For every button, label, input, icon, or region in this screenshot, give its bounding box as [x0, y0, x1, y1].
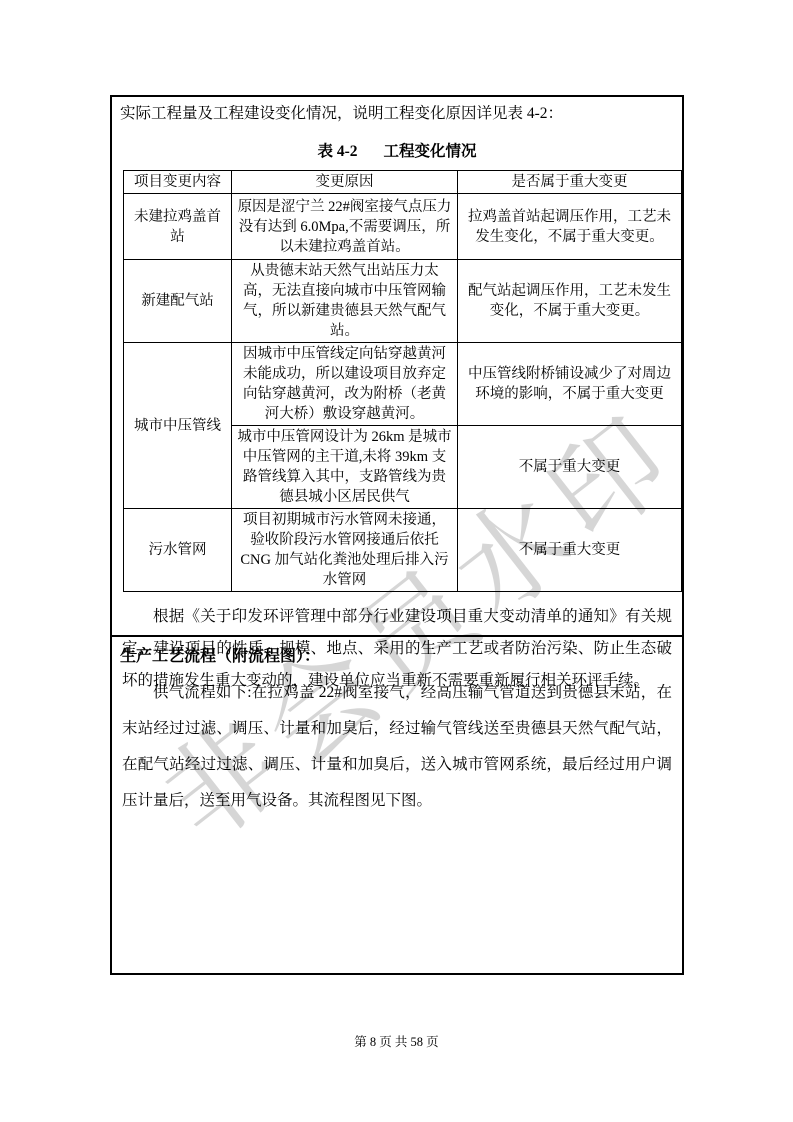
cell-reason: 因城市中压管线定向钻穿越黄河未能成功，所以建设项目放弃定向钻穿越黄河，改为附桥（…: [232, 343, 458, 426]
cell-reason: 原因是涩宁兰 22#阀室接气点压力没有达到 6.0Mpa,不需要调压，所以未建拉…: [232, 194, 458, 260]
process-paragraph: 供气流程如下:在拉鸡盖 22#阀室接气，经高压输气管道送到贵德县末站，在末站经过…: [122, 675, 672, 819]
cell-reason: 项目初期城市污水管网未接通，验收阶段污水管网接通后依托 CNG 加气站化粪池处理…: [232, 509, 458, 592]
cell-verdict: 拉鸡盖首站起调压作用，工艺未发生变化，不属于重大变更。: [458, 194, 682, 260]
header-major: 是否属于重大变更: [458, 171, 682, 194]
cell-item: 城市中压管线: [124, 343, 232, 509]
cell-verdict: 不属于重大变更: [458, 426, 682, 509]
intro-paragraph: 实际工程量及工程建设变化情况，说明工程变化原因详见表 4-2：: [120, 103, 674, 125]
cell-item: 未建拉鸡盖首站: [124, 194, 232, 260]
change-table: 项目变更内容 变更原因 是否属于重大变更 未建拉鸡盖首站 原因是涩宁兰 22#阀…: [123, 170, 682, 592]
cell-verdict: 配气站起调压作用，工艺未发生变化，不属于重大变更。: [458, 260, 682, 343]
cell-item: 污水管网: [124, 509, 232, 592]
table-caption: 表 4-2工程变化情况: [120, 139, 674, 161]
document-page: 非会员水印 实际工程量及工程建设变化情况，说明工程变化原因详见表 4-2： 表 …: [0, 0, 793, 1122]
table-row: 新建配气站 从贵德末站天然气出站压力太高，无法直接向城市中压管网输气，所以新建贵…: [124, 260, 682, 343]
section-change-summary: 实际工程量及工程建设变化情况，说明工程变化原因详见表 4-2： 表 4-2工程变…: [112, 97, 682, 637]
table-row: 污水管网 项目初期城市污水管网未接通，验收阶段污水管网接通后依托 CNG 加气站…: [124, 509, 682, 592]
cell-reason: 从贵德末站天然气出站压力太高，无法直接向城市中压管网输气，所以新建贵德县天然气配…: [232, 260, 458, 343]
table-caption-label: 表 4-2: [317, 143, 357, 160]
cell-verdict: 不属于重大变更: [458, 509, 682, 592]
table-row: 未建拉鸡盖首站 原因是涩宁兰 22#阀室接气点压力没有达到 6.0Mpa,不需要…: [124, 194, 682, 260]
page-number: 第 8 页 共 58 页: [0, 1032, 793, 1050]
table-header-row: 项目变更内容 变更原因 是否属于重大变更: [124, 171, 682, 194]
cell-item: 新建配气站: [124, 260, 232, 343]
cell-verdict: 中压管线附桥铺设减少了对周边环境的影响，不属于重大变更: [458, 343, 682, 426]
header-reason: 变更原因: [232, 171, 458, 194]
header-item: 项目变更内容: [124, 171, 232, 194]
document-frame: 实际工程量及工程建设变化情况，说明工程变化原因详见表 4-2： 表 4-2工程变…: [110, 95, 684, 975]
table-caption-title: 工程变化情况: [384, 143, 477, 160]
table-row: 城市中压管线 因城市中压管线定向钻穿越黄河未能成功，所以建设项目放弃定向钻穿越黄…: [124, 343, 682, 426]
cell-reason: 城市中压管网设计为 26km 是城市中压管网的主干道,未将 39km 支路管线算…: [232, 426, 458, 509]
